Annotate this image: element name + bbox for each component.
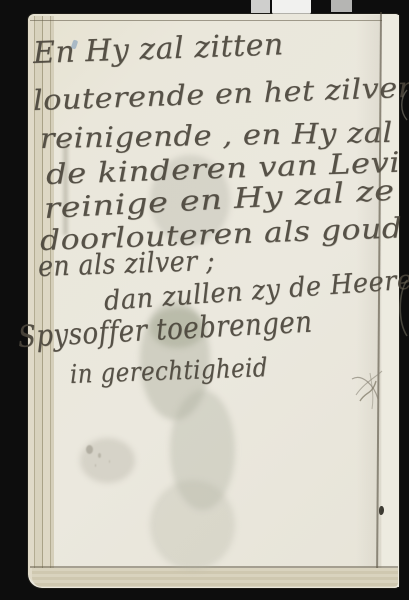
background-paper-tab-3 (331, 0, 352, 12)
next-page-bracket-mark-2 (395, 278, 409, 338)
handwriting-line: en als zilver ; (37, 244, 215, 283)
page-top-edge-line (30, 20, 398, 21)
background-paper-tab-1 (251, 0, 270, 13)
ink-ghost-smudge-4 (150, 480, 235, 570)
background-paper-tab-2 (272, 0, 311, 15)
page-curvature-shadow (356, 15, 381, 568)
next-page-bracket-mark-1 (396, 88, 409, 122)
photo-frame: En Hy zal zitten louterende en het zilve… (0, 0, 409, 600)
stain-halo (80, 438, 135, 483)
page-bottom-strip (32, 568, 398, 587)
